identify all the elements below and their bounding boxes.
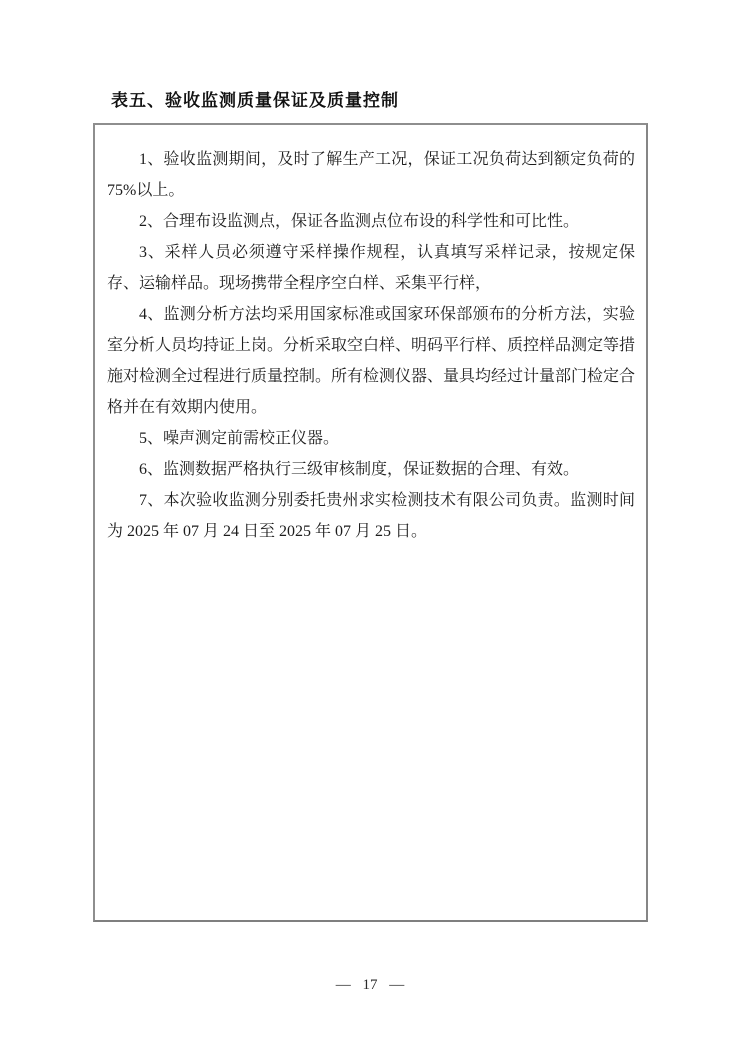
paragraph-7: 7、本次验收监测分别委托贵州求实检测技术有限公司负责。监测时间为 2025 年 … [107,485,635,547]
content-box: 1、验收监测期间，及时了解生产工况，保证工况负荷达到额定负荷的 75%以上。 2… [93,123,648,922]
paragraph-3: 3、采样人员必须遵守采样操作规程，认真填写采样记录，按规定保存、运输样品。现场携… [107,237,635,299]
paragraph-5: 5、噪声测定前需校正仪器。 [107,423,635,454]
paragraph-2: 2、合理布设监测点，保证各监测点位布设的科学性和可比性。 [107,206,635,237]
page-number: — 17 — [0,977,740,994]
paragraph-1: 1、验收监测期间，及时了解生产工况，保证工况负荷达到额定负荷的 75%以上。 [107,144,635,206]
document-page: 表五、验收监测质量保证及质量控制 1、验收监测期间，及时了解生产工况，保证工况负… [0,0,740,1047]
paragraph-6: 6、监测数据严格执行三级审核制度，保证数据的合理、有效。 [107,454,635,485]
paragraph-4: 4、监测分析方法均采用国家标准或国家环保部颁布的分析方法，实验室分析人员均持证上… [107,299,635,423]
page-title: 表五、验收监测质量保证及质量控制 [111,86,399,111]
